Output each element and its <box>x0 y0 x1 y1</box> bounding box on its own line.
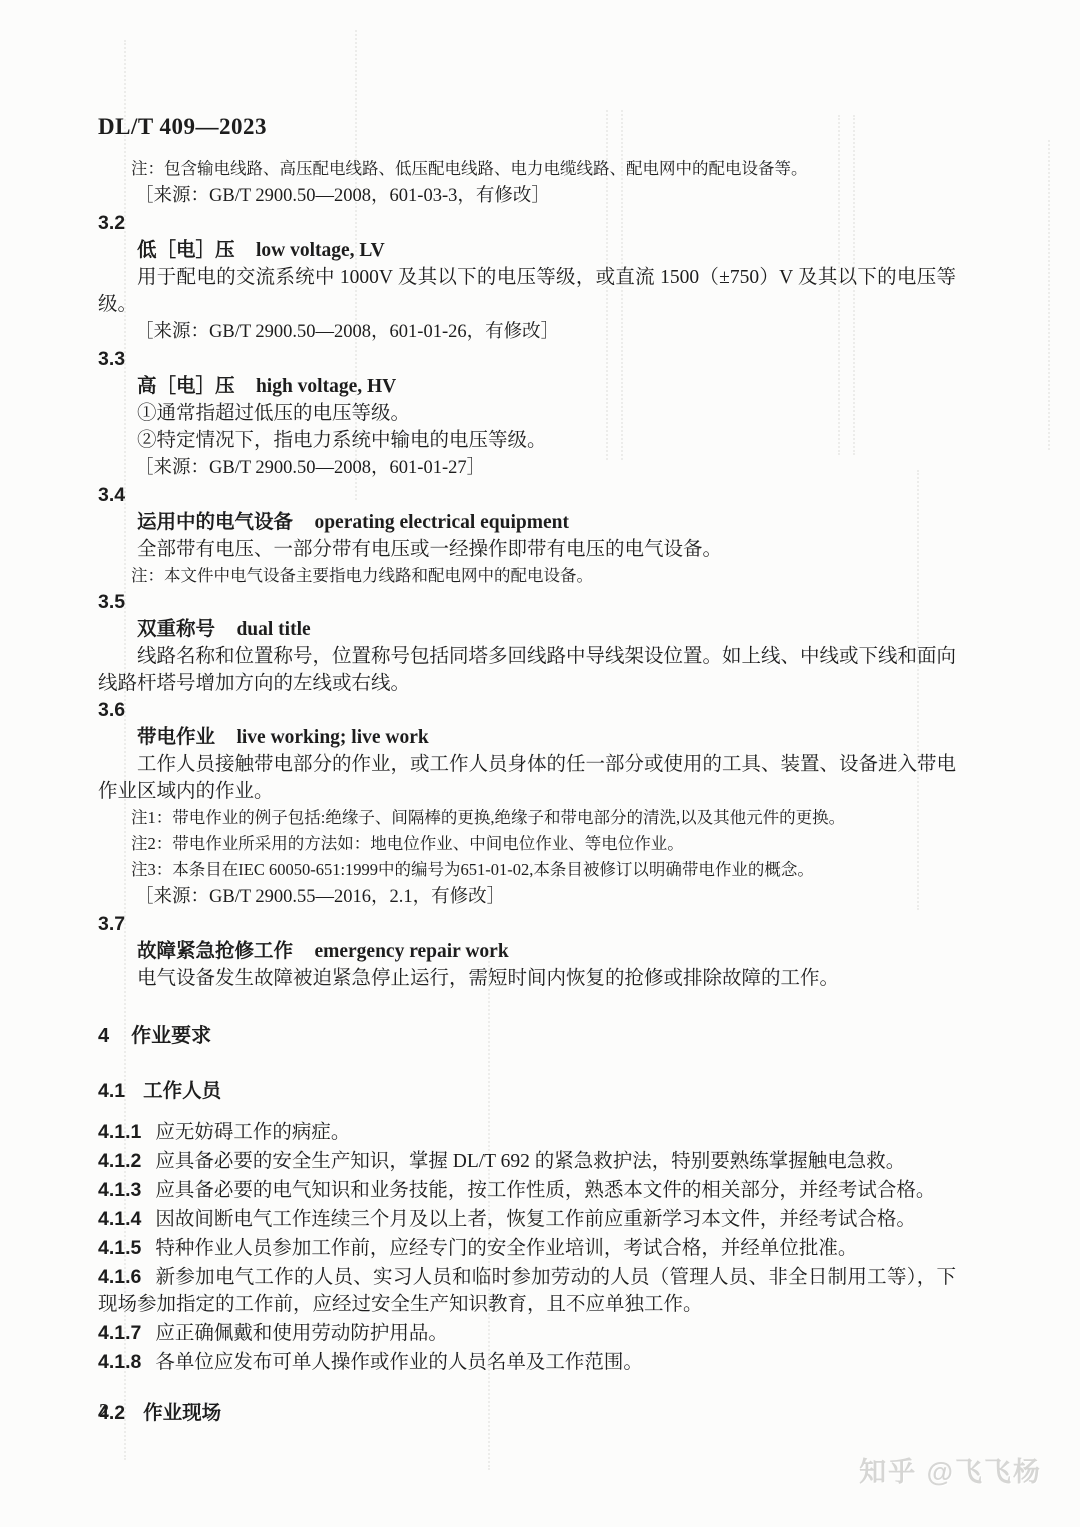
term-chinese: 故障紧急抢修工作 <box>137 940 293 962</box>
term-note-2: 注2：带电作业所采用的方法如：地电位作业、中间电位作业、等电位作业。 <box>98 831 956 857</box>
note-scope: 注：包含输电线路、高压配电线路、低压配电线路、电力电缆线路、配电网中的配电设备等… <box>98 156 956 182</box>
watermark-text: 知乎 @飞飞杨 <box>859 1450 1042 1489</box>
source-reference: ［来源：GB/T 2900.50—2008，601-01-26，有修改］ <box>98 318 956 346</box>
term-definition: 用于配电的交流系统中 1000V 及其以下的电压等级，或直流 1500（±750… <box>98 264 956 318</box>
clause-item-number: 4.1.5 <box>98 1237 141 1259</box>
term-english: low voltage, LV <box>256 240 385 261</box>
term-definition: 全部带有电压、一部分带有电压或一经操作即带有电压的电气设备。 <box>98 536 956 563</box>
clause-item-text: 因故间断电气工作连续三个月及以上者，恢复工作前应重新学习本文件，并经考试合格。 <box>155 1209 916 1230</box>
page-number: 2 <box>99 1400 109 1423</box>
clause-item-text: 应正确佩戴和使用劳动防护用品。 <box>155 1323 448 1344</box>
clause-item-text: 特种作业人员参加工作前，应经专门的安全作业培训，考试合格，并经单位批准。 <box>155 1238 857 1259</box>
term-note-3: 注3：本条目在IEC 60050-651:1999中的编号为651-01-02,… <box>98 857 956 883</box>
term-english: live working; live work <box>236 727 428 748</box>
clause-number: 3.7 <box>98 911 956 938</box>
term-english: emergency repair work <box>314 941 508 962</box>
clause-item-number: 4.1.4 <box>98 1208 141 1230</box>
term-chinese: 运用中的电气设备 <box>137 511 293 533</box>
clause-number: 3.6 <box>98 697 956 724</box>
clause-number: 3.3 <box>98 346 956 373</box>
term-chinese: 低［电］压 <box>137 239 235 261</box>
term-definition: 线路名称和位置称号，位置称号包括同塔多回线路中导线架设位置。如上线、中线或下线和… <box>98 643 956 697</box>
term-english: operating electrical equipment <box>314 512 569 533</box>
source-reference: ［来源：GB/T 2900.55—2016，2.1，有修改］ <box>98 883 956 911</box>
clause-item: 4.1.6新参加电气工作的人员、实习人员和临时参加劳动的人员（管理人员、非全日制… <box>98 1264 956 1318</box>
term-chinese: 带电作业 <box>137 726 215 748</box>
clause-item: 4.1.2应具备必要的安全生产知识，掌握 DL/T 692 的紧急救护法，特别要… <box>98 1148 956 1175</box>
term-definition: 电气设备发生故障被迫紧急停止运行，需短时间内恢复的抢修或排除故障的工作。 <box>98 965 956 992</box>
clause-item-text: 应具备必要的安全生产知识，掌握 DL/T 692 的紧急救护法，特别要熟练掌握触… <box>155 1151 905 1172</box>
clause-item-number: 4.1.1 <box>98 1121 141 1143</box>
clause-item-number: 4.1.2 <box>98 1150 141 1172</box>
clause-item: 4.1.3应具备必要的电气知识和业务技能，按工作性质，熟悉本文件的相关部分，并经… <box>98 1177 956 1204</box>
clause-list: 4.1.1应无妨碍工作的病症。 4.1.2应具备必要的安全生产知识，掌握 DL/… <box>98 1119 956 1376</box>
clause-item: 4.1.5特种作业人员参加工作前，应经专门的安全作业培训，考试合格，并经单位批准… <box>98 1235 956 1262</box>
term-note: 注：本文件中电气设备主要指电力线路和配电网中的配电设备。 <box>98 563 956 589</box>
source-reference: ［来源：GB/T 2900.50—2008，601-03-3，有修改］ <box>98 182 956 210</box>
source-reference: ［来源：GB/T 2900.50—2008，601-01-27］ <box>98 454 956 482</box>
chapter-number: 4 <box>98 1025 109 1047</box>
document-code: DL/T 409—2023 <box>98 114 267 140</box>
clause-item: 4.1.8各单位应发布可单人操作或作业的人员名单及工作范围。 <box>98 1349 956 1376</box>
chapter-heading: 4作业要求 <box>98 1022 956 1050</box>
clause-item-text: 各单位应发布可单人操作或作业的人员名单及工作范围。 <box>155 1352 643 1373</box>
term-heading: 带电作业live working; live work <box>98 724 956 751</box>
clause-number: 3.2 <box>98 210 956 237</box>
clause-item: 4.1.7应正确佩戴和使用劳动防护用品。 <box>98 1320 956 1347</box>
term-definition: ②特定情况下，指电力系统中输电的电压等级。 <box>98 427 956 454</box>
term-definition: ①通常指超过低压的电压等级。 <box>98 400 956 427</box>
clause-item-text: 应无妨碍工作的病症。 <box>155 1122 350 1143</box>
term-chinese: 高［电］压 <box>137 375 235 397</box>
scanned-document-page: DL/T 409—2023 注：包含输电线路、高压配电线路、低压配电线路、电力电… <box>0 0 1080 1527</box>
term-heading: 双重称号dual title <box>98 616 956 643</box>
term-heading: 高［电］压high voltage, HV <box>98 373 956 400</box>
clause-item: 4.1.1应无妨碍工作的病症。 <box>98 1119 956 1146</box>
chapter-title: 作业要求 <box>131 1025 211 1047</box>
term-heading: 运用中的电气设备operating electrical equipment <box>98 509 956 536</box>
subsection-title: 作业现场 <box>143 1402 221 1424</box>
term-heading: 故障紧急抢修工作emergency repair work <box>98 938 956 965</box>
term-heading: 低［电］压low voltage, LV <box>98 237 956 264</box>
clause-item: 4.1.4因故间断电气工作连续三个月及以上者，恢复工作前应重新学习本文件，并经考… <box>98 1206 956 1233</box>
term-chinese: 双重称号 <box>137 618 215 640</box>
clause-item-number: 4.1.6 <box>98 1266 141 1288</box>
term-note-1: 注1：带电作业的例子包括:绝缘子、间隔棒的更换,绝缘子和带电部分的清洗,以及其他… <box>98 805 956 831</box>
clause-item-number: 4.1.8 <box>98 1351 141 1373</box>
term-definition: 工作人员接触带电部分的作业，或工作人员身体的任一部分或使用的工具、装置、设备进入… <box>98 751 956 805</box>
clause-item-text: 应具备必要的电气知识和业务技能，按工作性质，熟悉本文件的相关部分，并经考试合格。 <box>155 1180 935 1201</box>
term-english: high voltage, HV <box>256 376 396 397</box>
document-body: 注：包含输电线路、高压配电线路、低压配电线路、电力电缆线路、配电网中的配电设备等… <box>98 156 956 1427</box>
subsection-heading: 4.1工作人员 <box>98 1078 956 1105</box>
clause-item-text: 新参加电气工作的人员、实习人员和临时参加劳动的人员（管理人员、非全日制用工等），… <box>98 1267 956 1315</box>
subsection-heading: 4.2作业现场 <box>98 1400 956 1427</box>
clause-number: 3.5 <box>98 589 956 616</box>
subsection-title: 工作人员 <box>143 1080 221 1102</box>
clause-item-number: 4.1.3 <box>98 1179 141 1201</box>
scan-artifact-line <box>1048 140 1050 450</box>
clause-item-number: 4.1.7 <box>98 1322 141 1344</box>
subsection-number: 4.1 <box>98 1080 125 1102</box>
clause-number: 3.4 <box>98 482 956 509</box>
term-english: dual title <box>236 619 310 640</box>
